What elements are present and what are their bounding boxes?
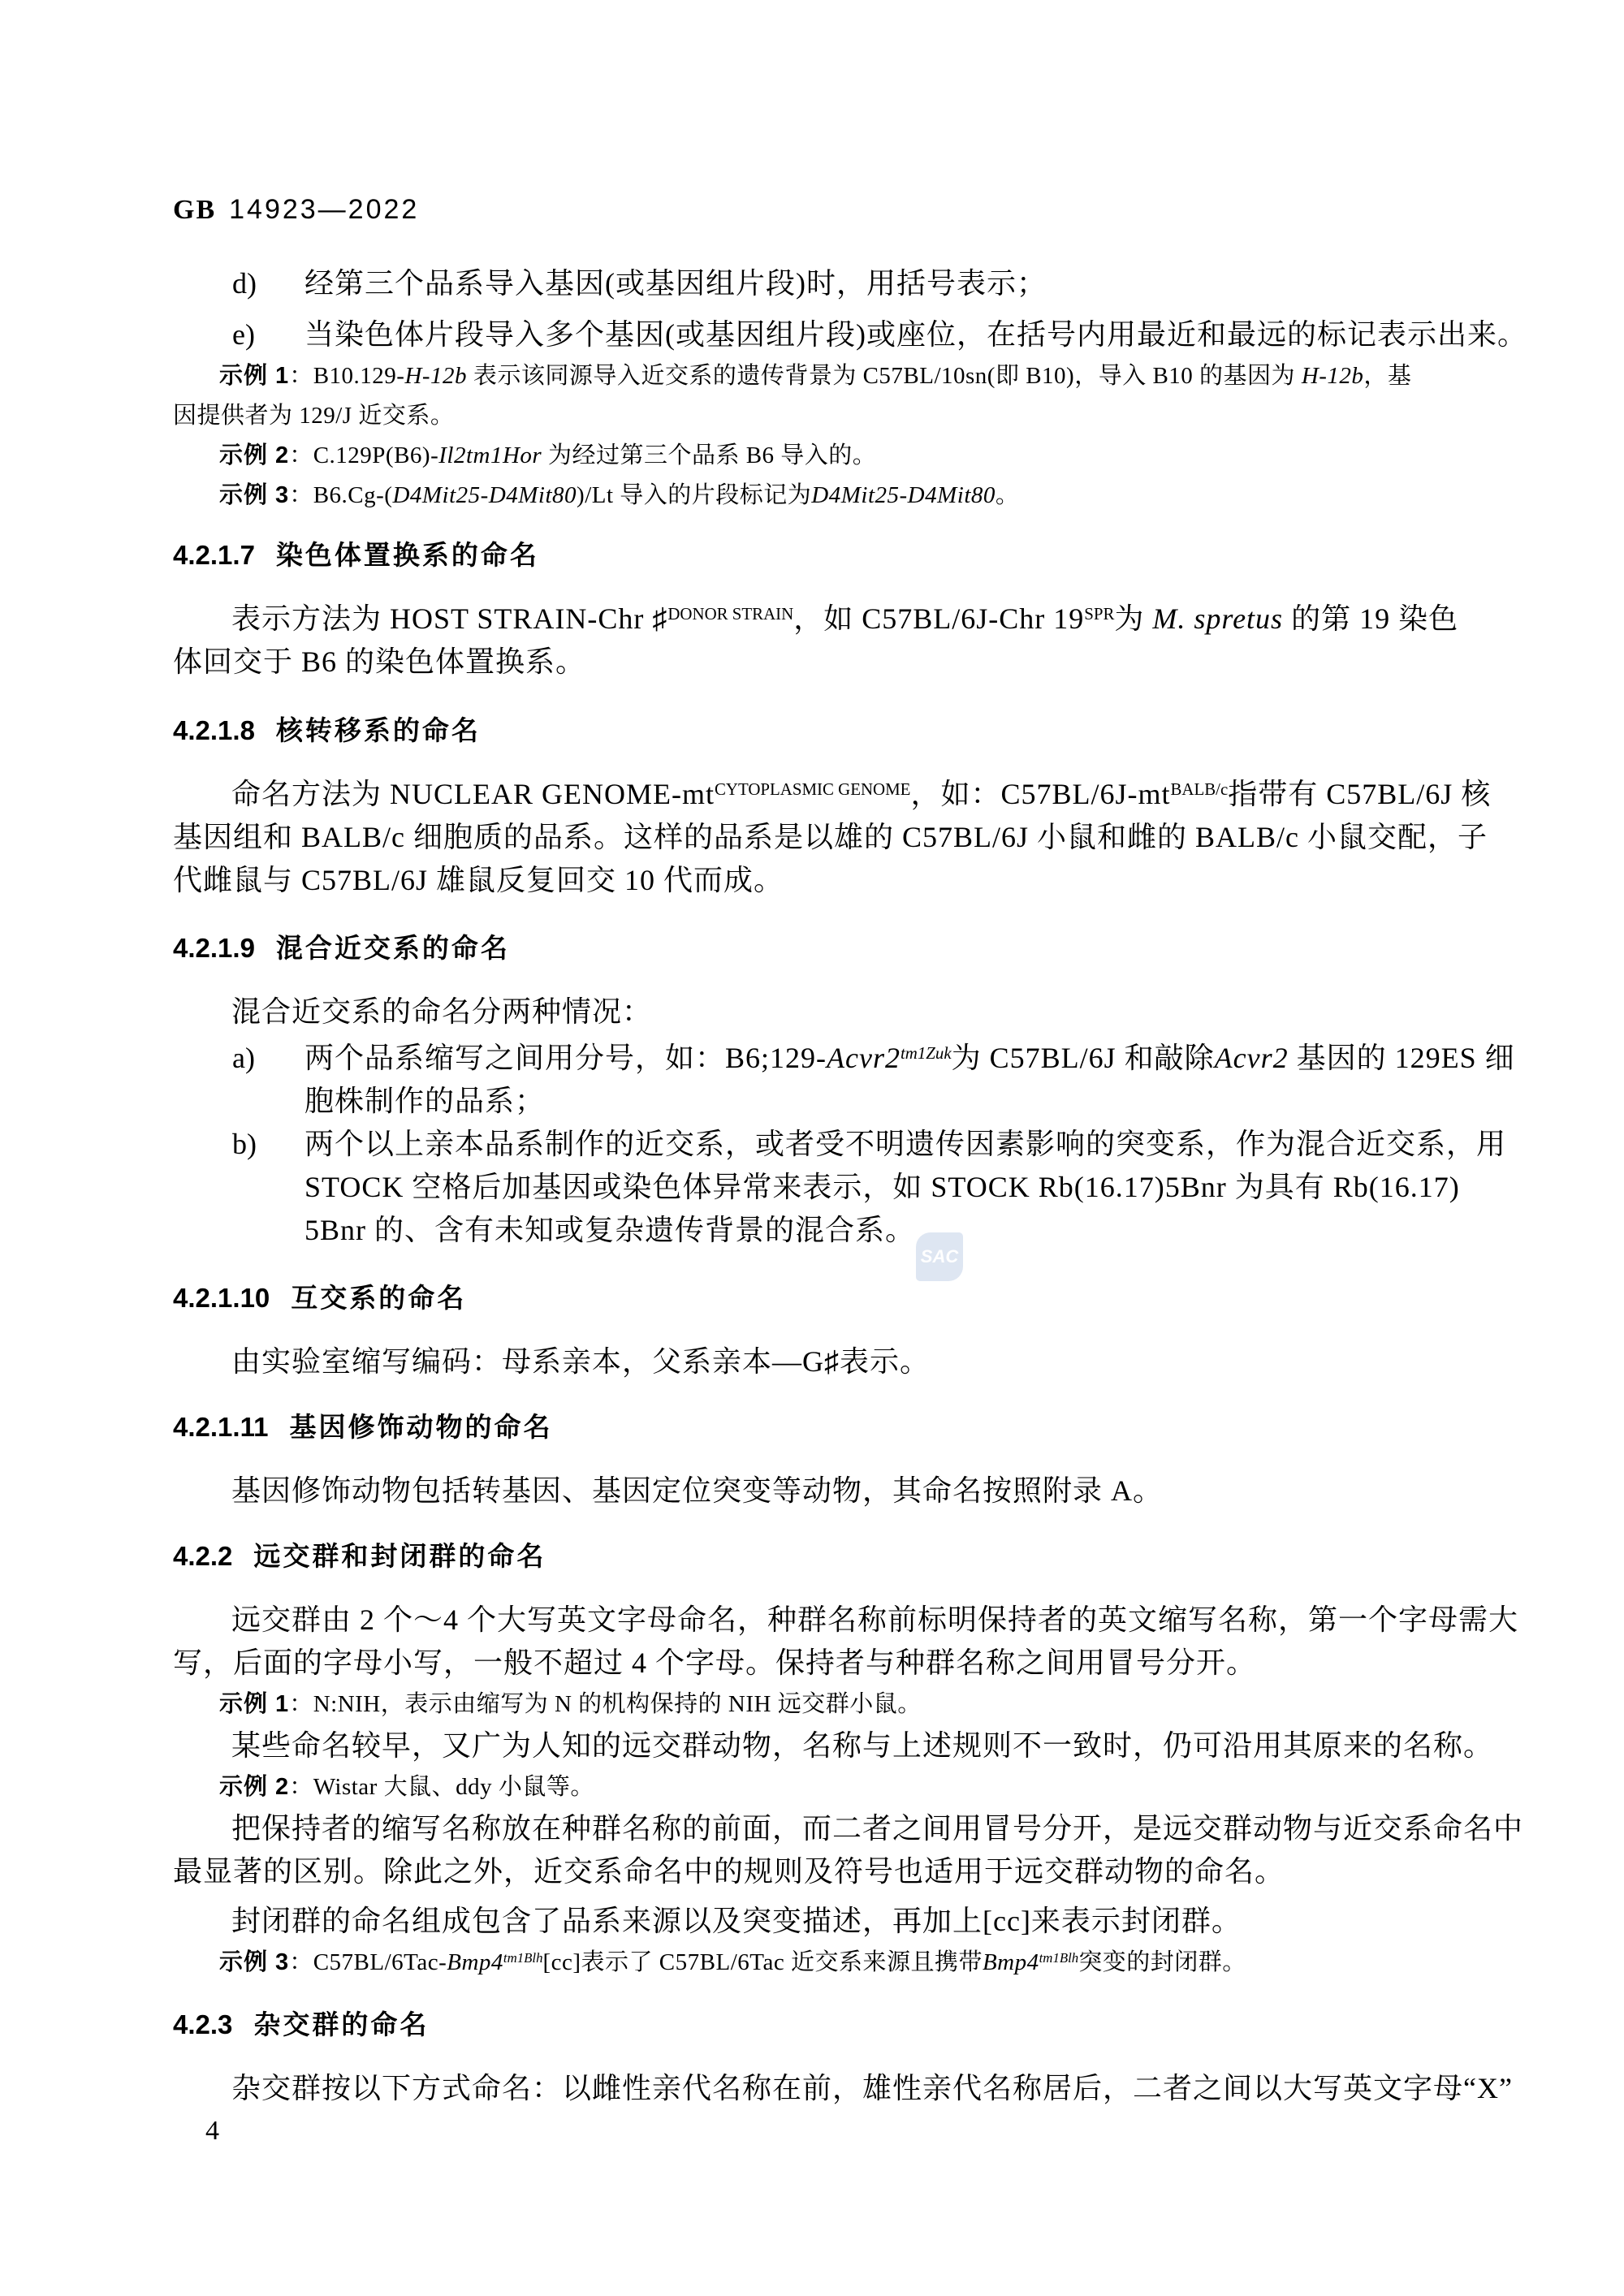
text-run: 命名方法为 NUCLEAR GENOME-mt — [231, 778, 715, 810]
text-run: 指带有 C57BL/6J 核 — [1228, 778, 1491, 810]
text-run: 把保持者的缩写名称放在种群名称的前面，而二者之间用冒号分开，是远交群动物与近交系… — [231, 1812, 1523, 1845]
paragraph: 混合近交系的命名分两种情况： — [173, 990, 1476, 1034]
page-content: GB14923—2022 d)经第三个品系导入基因(或基因组片段)时，用括号表示… — [173, 188, 1476, 2110]
heading-title: 杂交群的命名 — [253, 2009, 429, 2039]
text-line: 示例 3：B6.Cg-(D4Mit25-D4Mit80)/Lt 导入的片段标记为… — [173, 476, 1476, 516]
page-number: 4 — [205, 2109, 219, 2152]
text-line: 两个以上亲本品系制作的近交系，或者受不明遗传因素影响的突变系，作为混合近交系，用 — [304, 1123, 1476, 1166]
document-body: d)经第三个品系导入基因(或基因组片段)时，用括号表示；e)当染色体片段导入多个… — [173, 262, 1476, 2110]
text-line: 示例 1：N:NIH，表示由缩写为 N 的机构保持的 NIH 远交群小鼠。 — [173, 1685, 1476, 1724]
text-line: 经第三个品系导入基因(或基因组片段)时，用括号表示； — [304, 262, 1476, 305]
paragraph: 杂交群按以下方式命名：以雌性亲代名称在前，雄性亲代名称居后，二者之间以大写英文字… — [173, 2067, 1476, 2110]
emphasized-text: CYTOPLASMIC GENOME — [715, 779, 910, 799]
text-line: 体回交于 B6 的染色体置换系。 — [173, 641, 1476, 684]
section-heading: 4.2.1.7染色体置换系的命名 — [173, 533, 1476, 576]
text-run: 当染色体片段导入多个基因(或基因组片段)或座位，在括号内用最近和最远的标记表示出… — [304, 318, 1527, 351]
text-line: 胞株制作的品系； — [304, 1080, 1476, 1123]
text-run: ：C.129P(B6)- — [289, 442, 438, 468]
emphasized-text: tm1Blh — [1039, 1950, 1079, 1966]
section-heading: 4.2.1.11基因修饰动物的命名 — [173, 1405, 1476, 1448]
text-line: 5Bnr 的、含有未知或复杂遗传背景的混合系。 — [304, 1209, 1476, 1252]
text-run: 的第 19 染色 — [1283, 602, 1458, 635]
text-run: ：B10.129- — [289, 363, 404, 389]
emphasized-text: Bmp4 — [983, 1949, 1039, 1975]
example-label: 示例 2 — [219, 1774, 289, 1800]
text-run: 两个品系缩写之间用分号，如：B6;129- — [304, 1042, 827, 1074]
heading-title: 远交群和封闭群的命名 — [253, 1541, 546, 1571]
text-run: 远交群由 2 个～4 个大写英文字母命名，种群名称前标明保持者的英文缩写名称，第… — [231, 1603, 1518, 1636]
paragraph: 某些命名较早，又广为人知的远交群动物，名称与上述规则不一致时，仍可沿用其原来的名… — [173, 1724, 1476, 1767]
text-line: 示例 2：Wistar 大鼠、ddy 小鼠等。 — [173, 1767, 1476, 1807]
document-page: SAC GB14923—2022 d)经第三个品系导入基因(或基因组片段)时，用… — [0, 0, 1624, 2296]
text-run: 基因修饰动物包括转基因、基因定位突变等动物，其命名按照附录 A。 — [231, 1474, 1163, 1507]
heading-number: 4.2.1.7 — [173, 540, 255, 570]
heading-title: 染色体置换系的命名 — [276, 540, 539, 570]
example-label: 示例 2 — [219, 442, 289, 468]
text-run: 杂交群按以下方式命名：以雌性亲代名称在前，雄性亲代名称居后，二者之间以大写英文字… — [231, 2072, 1513, 2104]
text-line: 当染色体片段导入多个基因(或基因组片段)或座位，在括号内用最近和最远的标记表示出… — [304, 313, 1476, 356]
standard-number-header: GB14923—2022 — [173, 188, 1476, 231]
example-note: 示例 2：Wistar 大鼠、ddy 小鼠等。 — [173, 1767, 1476, 1807]
text-line: 把保持者的缩写名称放在种群名称的前面，而二者之间用冒号分开，是远交群动物与近交系… — [173, 1807, 1476, 1850]
example-label: 示例 3 — [219, 1949, 289, 1975]
text-line: STOCK 空格后加基因或染色体异常来表示，如 STOCK Rb(16.17)5… — [304, 1166, 1476, 1209]
emphasized-text: DONOR STRAIN — [667, 604, 793, 624]
text-run: )/Lt 导入的片段标记为 — [577, 482, 811, 508]
example-note: 示例 1：B10.129-H-12b 表示该同源导入近交系的遗传背景为 C57B… — [173, 356, 1476, 436]
heading-title: 互交系的命名 — [291, 1283, 466, 1313]
heading-title: 混合近交系的命名 — [276, 933, 510, 963]
standard-prefix: GB — [173, 195, 216, 225]
text-run: STOCK 空格后加基因或染色体异常来表示，如 STOCK Rb(16.17)5… — [304, 1171, 1460, 1203]
text-line: 示例 1：B10.129-H-12b 表示该同源导入近交系的遗传背景为 C57B… — [173, 356, 1476, 396]
text-run: ，基 — [1363, 363, 1411, 389]
text-line: 代雌鼠与 C57BL/6J 雄鼠反复回交 10 代而成。 — [173, 859, 1476, 902]
example-note: 示例 3：B6.Cg-(D4Mit25-D4Mit80)/Lt 导入的片段标记为… — [173, 476, 1476, 516]
text-run: 基因组和 BALB/c 细胞质的品系。这样的品系是以雄的 C57BL/6J 小鼠… — [173, 821, 1488, 853]
text-run: 混合近交系的命名分两种情况： — [231, 995, 652, 1028]
text-run: 代雌鼠与 C57BL/6J 雄鼠反复回交 10 代而成。 — [173, 864, 784, 896]
text-run: ：B6.Cg-( — [289, 482, 392, 508]
text-run: 最显著的区别。除此之外，近交系命名中的规则及符号也适用于远交群动物的命名。 — [173, 1855, 1285, 1888]
text-line: 两个品系缩写之间用分号，如：B6;129-Acvr2tm1Zuk为 C57BL/… — [304, 1037, 1476, 1080]
example-note: 示例 2：C.129P(B6)-Il2tm1Hor 为经过第三个品系 B6 导入… — [173, 436, 1476, 476]
list-item: b)两个以上亲本品系制作的近交系，或者受不明遗传因素影响的突变系，作为混合近交系… — [173, 1123, 1476, 1252]
text-run: 写，后面的字母小写，一般不超过 4 个字母。保持者与种群名称之间用冒号分开。 — [173, 1646, 1256, 1679]
emphasized-text: M. spretus — [1152, 602, 1283, 635]
text-run: ：C57BL/6Tac- — [289, 1949, 447, 1975]
section-heading: 4.2.1.10互交系的命名 — [173, 1276, 1476, 1319]
paragraph: 封闭群的命名组成包含了品系来源以及突变描述，再加上[cc]来表示封闭群。 — [173, 1900, 1476, 1943]
emphasized-text: H-12b — [1302, 363, 1364, 389]
text-line: 由实验室缩写编码：母系亲本，父系亲本—G♯表示。 — [173, 1340, 1476, 1383]
heading-title: 基因修饰动物的命名 — [289, 1412, 552, 1442]
text-run: [cc]表示了 C57BL/6Tac 近交系来源且携带 — [543, 1949, 983, 1975]
text-run: 因提供者为 129/J 近交系。 — [173, 403, 454, 429]
standard-code: 14923—2022 — [229, 194, 419, 225]
text-run: 为 C57BL/6J 和敲除 — [952, 1042, 1215, 1074]
text-run: 由实验室缩写编码：母系亲本，父系亲本—G♯表示。 — [231, 1345, 930, 1378]
emphasized-text: tm1Zuk — [901, 1043, 952, 1063]
list-label: a) — [232, 1037, 255, 1080]
emphasized-text: Acvr2 — [827, 1042, 901, 1074]
example-label: 示例 1 — [219, 363, 289, 389]
example-note: 示例 1：N:NIH，表示由缩写为 N 的机构保持的 NIH 远交群小鼠。 — [173, 1685, 1476, 1724]
list-label: d) — [232, 262, 257, 305]
text-line: 远交群由 2 个～4 个大写英文字母命名，种群名称前标明保持者的英文缩写名称，第… — [173, 1599, 1476, 1642]
example-label: 示例 3 — [219, 482, 289, 508]
example-label: 示例 1 — [219, 1691, 289, 1717]
paragraph: 命名方法为 NUCLEAR GENOME-mtCYTOPLASMIC GENOM… — [173, 773, 1476, 902]
heading-number: 4.2.2 — [173, 1541, 232, 1571]
text-line: 某些命名较早，又广为人知的远交群动物，名称与上述规则不一致时，仍可沿用其原来的名… — [173, 1724, 1476, 1767]
paragraph: 远交群由 2 个～4 个大写英文字母命名，种群名称前标明保持者的英文缩写名称，第… — [173, 1599, 1476, 1685]
heading-number: 4.2.1.10 — [173, 1283, 270, 1313]
text-run: 基因的 129ES 细 — [1289, 1042, 1515, 1074]
emphasized-text: tm1Blh — [503, 1950, 543, 1966]
text-run: 突变的封闭群。 — [1078, 1949, 1246, 1975]
text-run: 表示方法为 HOST STRAIN-Chr ♯ — [231, 602, 667, 635]
text-run: 胞株制作的品系； — [304, 1085, 545, 1117]
emphasized-text: SPR — [1084, 604, 1114, 624]
emphasized-text: Acvr2 — [1215, 1042, 1289, 1074]
text-run: 。 — [996, 482, 1020, 508]
list-label: e) — [232, 313, 255, 356]
example-note: 示例 3：C57BL/6Tac-Bmp4tm1Blh[cc]表示了 C57BL/… — [173, 1943, 1476, 1983]
text-run: ：Wistar 大鼠、ddy 小鼠等。 — [289, 1774, 594, 1800]
text-line: 命名方法为 NUCLEAR GENOME-mtCYTOPLASMIC GENOM… — [173, 773, 1476, 816]
text-run: 某些命名较早，又广为人知的远交群动物，名称与上述规则不一致时，仍可沿用其原来的名… — [231, 1729, 1493, 1762]
emphasized-text: Il2tm1Hor — [438, 442, 542, 468]
heading-number: 4.2.3 — [173, 2009, 232, 2039]
emphasized-text: D4Mit25-D4Mit80 — [811, 482, 996, 508]
text-line: 最显著的区别。除此之外，近交系命名中的规则及符号也适用于远交群动物的命名。 — [173, 1850, 1476, 1893]
section-heading: 4.2.1.9混合近交系的命名 — [173, 926, 1476, 969]
text-line: 基因组和 BALB/c 细胞质的品系。这样的品系是以雄的 C57BL/6J 小鼠… — [173, 816, 1476, 859]
text-line: 示例 2：C.129P(B6)-Il2tm1Hor 为经过第三个品系 B6 导入… — [173, 436, 1476, 476]
list-item: a)两个品系缩写之间用分号，如：B6;129-Acvr2tm1Zuk为 C57B… — [173, 1037, 1476, 1123]
paragraph: 基因修饰动物包括转基因、基因定位突变等动物，其命名按照附录 A。 — [173, 1470, 1476, 1513]
text-run: 5Bnr 的、含有未知或复杂遗传背景的混合系。 — [304, 1214, 915, 1246]
section-heading: 4.2.3杂交群的命名 — [173, 2003, 1476, 2046]
emphasized-text: BALB/c — [1170, 779, 1228, 799]
paragraph: 由实验室缩写编码：母系亲本，父系亲本—G♯表示。 — [173, 1340, 1476, 1383]
list-item: e)当染色体片段导入多个基因(或基因组片段)或座位，在括号内用最近和最远的标记表… — [173, 313, 1476, 356]
text-line: 示例 3：C57BL/6Tac-Bmp4tm1Blh[cc]表示了 C57BL/… — [173, 1943, 1476, 1983]
text-run: 封闭群的命名组成包含了品系来源以及突变描述，再加上[cc]来表示封闭群。 — [231, 1905, 1242, 1937]
text-line: 表示方法为 HOST STRAIN-Chr ♯DONOR STRAIN，如 C5… — [173, 598, 1476, 641]
text-run: 体回交于 B6 的染色体置换系。 — [173, 645, 585, 678]
list-item: d)经第三个品系导入基因(或基因组片段)时，用括号表示； — [173, 262, 1476, 305]
heading-number: 4.2.1.11 — [173, 1412, 268, 1442]
text-run: 为经过第三个品系 B6 导入的。 — [542, 442, 876, 468]
emphasized-text: D4Mit25-D4Mit80 — [392, 482, 577, 508]
heading-number: 4.2.1.8 — [173, 715, 255, 745]
paragraph: 表示方法为 HOST STRAIN-Chr ♯DONOR STRAIN，如 C5… — [173, 598, 1476, 684]
section-heading: 4.2.1.8核转移系的命名 — [173, 709, 1476, 752]
heading-title: 核转移系的命名 — [276, 715, 481, 745]
text-line: 写，后面的字母小写，一般不超过 4 个字母。保持者与种群名称之间用冒号分开。 — [173, 1642, 1476, 1685]
paragraph: 把保持者的缩写名称放在种群名称的前面，而二者之间用冒号分开，是远交群动物与近交系… — [173, 1807, 1476, 1893]
heading-number: 4.2.1.9 — [173, 933, 255, 963]
text-line: 混合近交系的命名分两种情况： — [173, 990, 1476, 1034]
text-run: 为 — [1114, 602, 1152, 635]
text-run: ，如：C57BL/6J-mt — [910, 778, 1170, 810]
text-run: ，如 C57BL/6J-Chr 19 — [793, 602, 1084, 635]
emphasized-text: Bmp4 — [447, 1949, 503, 1975]
text-run: ：N:NIH，表示由缩写为 N 的机构保持的 NIH 远交群小鼠。 — [289, 1691, 922, 1717]
text-line: 杂交群按以下方式命名：以雌性亲代名称在前，雄性亲代名称居后，二者之间以大写英文字… — [173, 2067, 1476, 2110]
text-line: 基因修饰动物包括转基因、基因定位突变等动物，其命名按照附录 A。 — [173, 1470, 1476, 1513]
section-heading: 4.2.2远交群和封闭群的命名 — [173, 1534, 1476, 1577]
emphasized-text: H-12b — [404, 363, 467, 389]
list-label: b) — [232, 1123, 257, 1166]
text-run: 经第三个品系导入基因(或基因组片段)时，用括号表示； — [304, 267, 1047, 300]
text-run: 两个以上亲本品系制作的近交系，或者受不明遗传因素影响的突变系，作为混合近交系，用 — [304, 1128, 1506, 1160]
text-run: 表示该同源导入近交系的遗传背景为 C57BL/10sn(即 B10)，导入 B1… — [467, 363, 1302, 389]
text-line: 因提供者为 129/J 近交系。 — [173, 396, 1476, 436]
text-line: 封闭群的命名组成包含了品系来源以及突变描述，再加上[cc]来表示封闭群。 — [173, 1900, 1476, 1943]
